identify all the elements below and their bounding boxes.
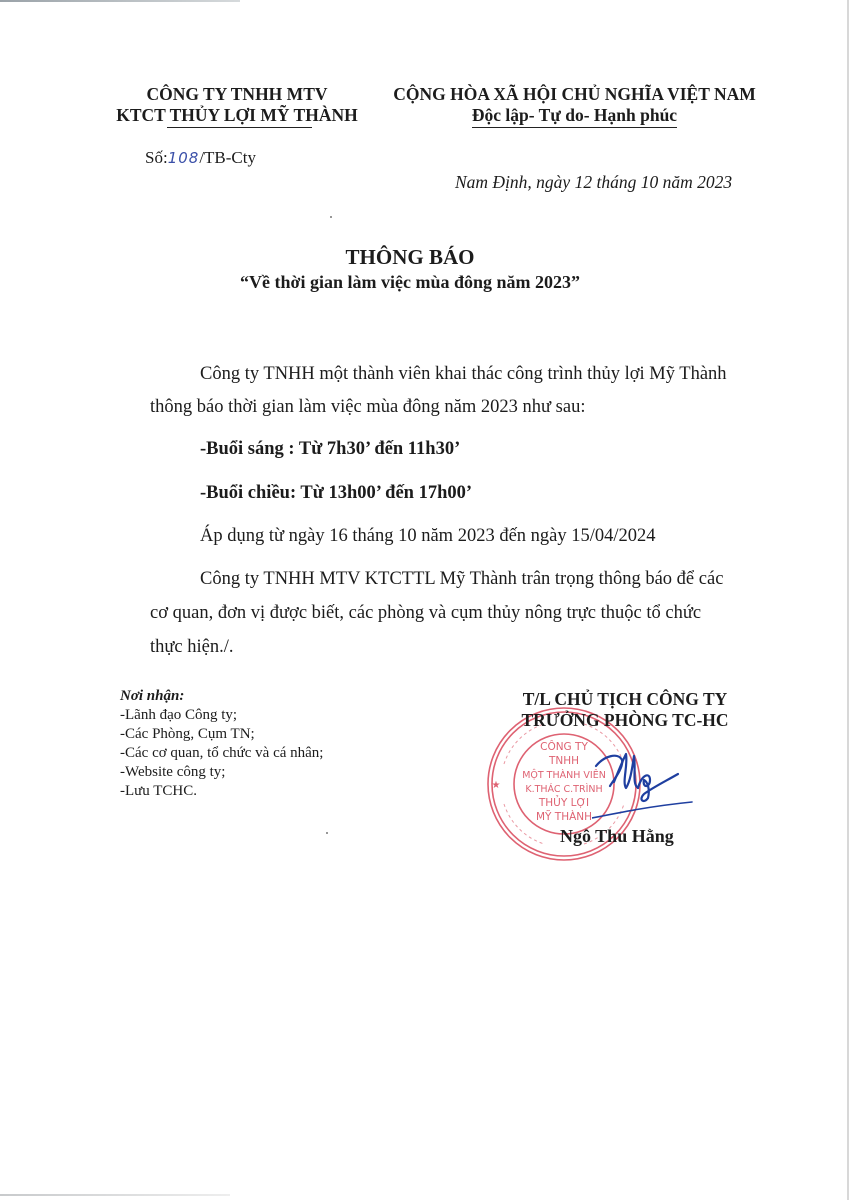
closing-line-3: thực hiện./. (150, 637, 234, 658)
closing-line-1: Công ty TNHH MTV KTCTTL Mỹ Thành trân tr… (200, 569, 723, 590)
signer-name: Ngô Thu Hằng (560, 826, 674, 847)
organization-underline (167, 127, 312, 128)
national-title: CỘNG HÒA XÃ HỘI CHỦ NGHĨA VIỆT NAM (372, 84, 777, 105)
document-number-handwritten: 108 (168, 149, 200, 167)
document-subject: “Về thời gian làm việc mùa đông năm 2023… (180, 272, 640, 293)
seal-star-icon: ★ (492, 780, 501, 791)
seal-line: TNHH (548, 755, 579, 767)
organization-header: CÔNG TY TNHH MTV KTCT THỦY LỢI MỸ THÀNH (92, 84, 382, 126)
closing-line-2: cơ quan, đơn vị được biết, các phòng và … (150, 603, 701, 624)
signature-on-behalf: T/L CHỦ TỊCH CÔNG TY (480, 689, 770, 710)
document-title: THÔNG BÁO (200, 245, 620, 270)
signature-position: TRƯỞNG PHÒNG TC-HC (480, 710, 770, 731)
scan-edge-bottom (0, 1194, 230, 1196)
recipient-item: -Các cơ quan, tổ chức và cá nhân; (120, 744, 323, 763)
effective-period: Áp dụng từ ngày 16 tháng 10 năm 2023 đến… (200, 526, 656, 547)
seal-line: THỦY LỢI (538, 795, 589, 809)
national-motto: Độc lập- Tự do- Hạnh phúc (472, 105, 677, 128)
document-number: Số:108/TB-Cty (145, 148, 256, 168)
national-header: CỘNG HÒA XÃ HỘI CHỦ NGHĨA VIỆT NAM Độc l… (372, 84, 777, 128)
document-number-suffix: /TB-Cty (199, 148, 256, 167)
place-date: Nam Định, ngày 12 tháng 10 năm 2023 (455, 172, 732, 193)
organization-line-1: CÔNG TY TNHH MTV (92, 84, 382, 105)
recipient-item: -Website công ty; (120, 763, 323, 782)
recipients-block: Nơi nhận: -Lãnh đạo Công ty; -Các Phòng,… (120, 687, 323, 801)
signature-authority: T/L CHỦ TỊCH CÔNG TY TRƯỞNG PHÒNG TC-HC (480, 689, 770, 731)
recipient-item: -Các Phòng, Cụm TN; (120, 725, 323, 744)
recipients-heading: Nơi nhận: (120, 687, 323, 706)
scan-speck (326, 832, 328, 834)
handwritten-signature-icon (592, 742, 702, 822)
morning-hours: -Buổi sáng : Từ 7h30’ đến 11h30’ (200, 439, 460, 460)
seal-line: MỸ THÀNH (536, 810, 592, 823)
document-number-prefix: Số: (145, 148, 168, 167)
scan-edge-top (0, 0, 240, 2)
intro-line-1: Công ty TNHH một thành viên khai thác cô… (200, 364, 727, 385)
intro-line-2: thông báo thời gian làm việc mùa đông nă… (150, 397, 585, 418)
seal-line: CÔNG TY (540, 740, 588, 753)
scan-speck (330, 216, 332, 218)
recipient-item: -Lưu TCHC. (120, 782, 323, 801)
organization-line-2: KTCT THỦY LỢI MỸ THÀNH (92, 105, 382, 126)
recipient-item: -Lãnh đạo Công ty; (120, 706, 323, 725)
afternoon-hours: -Buổi chiều: Từ 13h00’ đến 17h00’ (200, 483, 472, 504)
